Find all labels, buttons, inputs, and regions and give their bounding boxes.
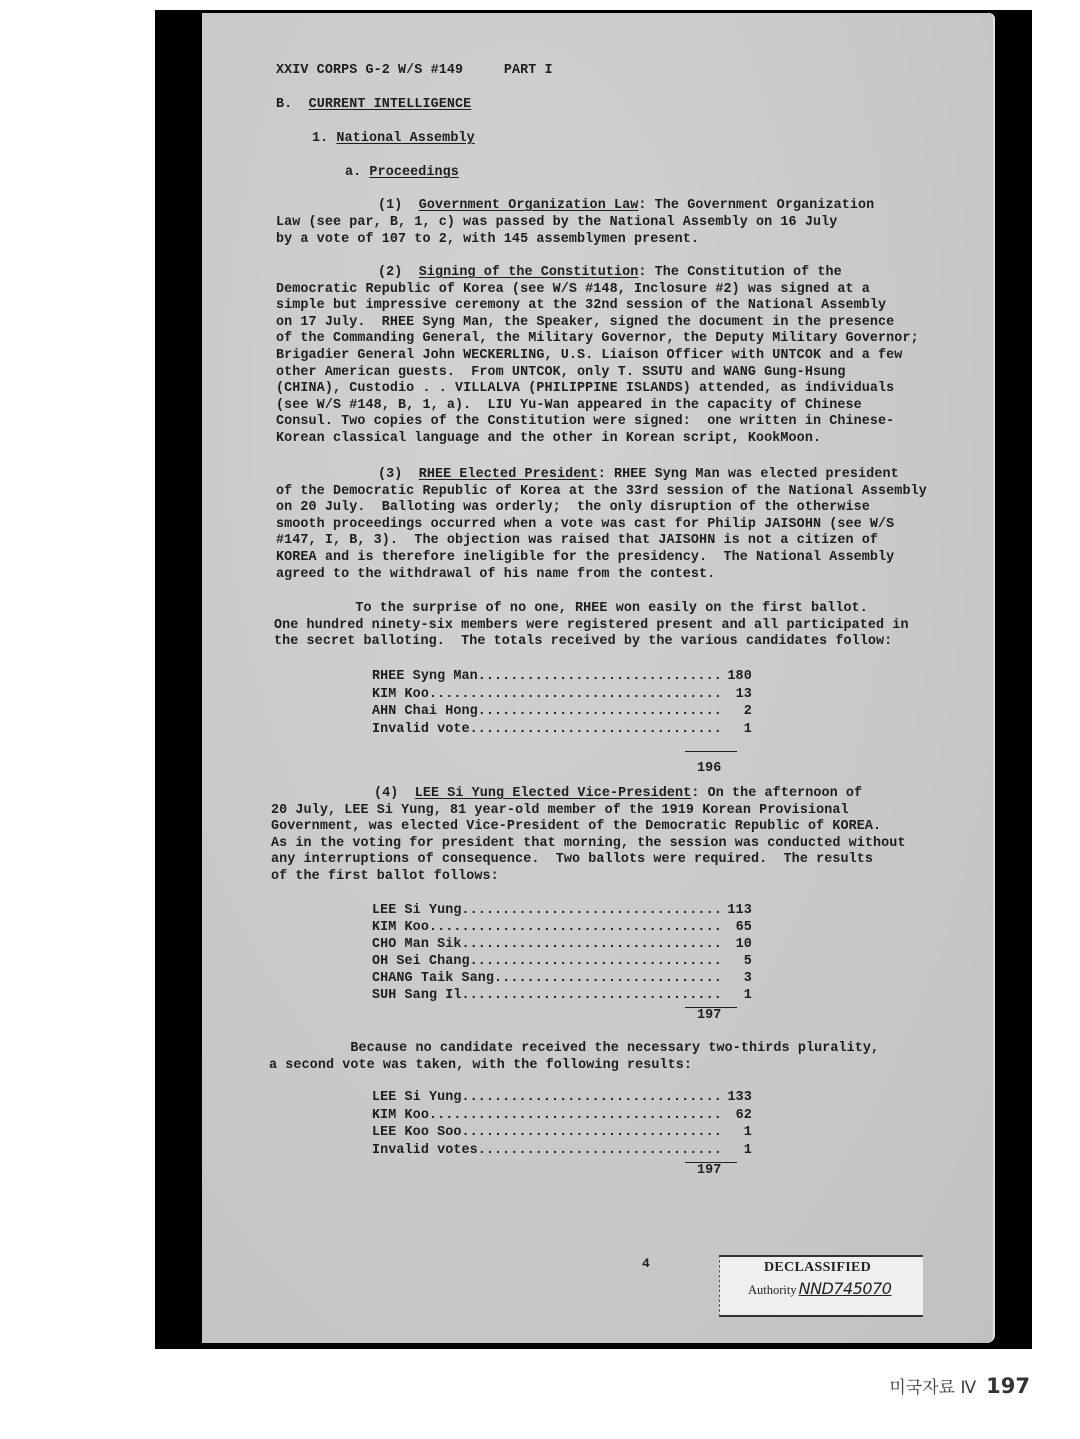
leader-dots: .................................... bbox=[429, 920, 722, 935]
candidate-name: OH Sei Chang bbox=[372, 954, 470, 969]
candidate-name: RHEE Syng Man bbox=[372, 669, 478, 684]
text-line: 20 July, LEE Si Yung, 81 year-old member… bbox=[271, 803, 849, 820]
text-line: any interruptions of consequence. Two ba… bbox=[271, 852, 873, 869]
leader-dots: ................................ bbox=[462, 937, 722, 952]
leader-dots: .............................. bbox=[478, 704, 722, 719]
text-line: smooth proceedings occurred when a vote … bbox=[276, 517, 894, 534]
vote-count: 1 bbox=[722, 1125, 752, 1142]
paragraph-title: Government Organization Law bbox=[419, 198, 639, 213]
text-line: Government, was elected Vice-President o… bbox=[271, 819, 881, 836]
candidate-name: LEE Koo Soo bbox=[372, 1125, 462, 1140]
paragraph-lead: (4) LEE Si Yung Elected Vice-President: … bbox=[374, 786, 862, 803]
book-page-number: 197 bbox=[986, 1374, 1030, 1398]
leader-dots: ............................... bbox=[470, 722, 722, 737]
tally-row: KIM Koo.................................… bbox=[372, 920, 752, 937]
leader-dots: ................................ bbox=[462, 1090, 722, 1105]
tally-row: CHO Man Sik.............................… bbox=[372, 937, 752, 954]
candidate-name: CHO Man Sik bbox=[372, 937, 462, 952]
document-header: XXIV CORPS G-2 W/S #149 PART I bbox=[276, 63, 553, 80]
leader-dots: ............................... bbox=[470, 954, 722, 969]
paragraph-title: Signing of the Constitution bbox=[419, 265, 639, 280]
vote-count: 180 bbox=[722, 669, 752, 686]
leader-dots: ................................ bbox=[462, 1125, 722, 1140]
text-line: on 17 July. RHEE Syng Man, the Speaker, … bbox=[276, 315, 894, 332]
text-line: One hundred ninety-six members were regi… bbox=[274, 618, 909, 635]
vote-count: 1 bbox=[722, 722, 752, 739]
text-line: As in the voting for president that morn… bbox=[271, 836, 906, 853]
candidate-name: Invalid votes bbox=[372, 1143, 478, 1158]
candidate-name: KIM Koo bbox=[372, 1108, 429, 1123]
leader-dots: .................................... bbox=[429, 1108, 722, 1123]
text-line: of the Democratic Republic of Korea at t… bbox=[276, 484, 927, 501]
text-line: #147, I, B, 3). The objection was raised… bbox=[276, 533, 878, 550]
tally-row: CHANG Taik Sang.........................… bbox=[372, 971, 752, 988]
tally-row: LEE Koo Soo.............................… bbox=[372, 1125, 752, 1142]
tally-row: KIM Koo.................................… bbox=[372, 1108, 752, 1125]
text-line: of the Commanding General, the Military … bbox=[276, 331, 919, 348]
leader-dots: .............................. bbox=[478, 1143, 722, 1158]
stamp-title: DECLASSIFIED bbox=[764, 1260, 871, 1276]
leader-dots: ................................ bbox=[462, 903, 722, 918]
vote-count: 1 bbox=[722, 988, 752, 1005]
tally-row: Invalid votes...........................… bbox=[372, 1143, 752, 1160]
total-rule bbox=[685, 751, 737, 752]
paragraph-lead: (2) Signing of the Constitution: The Con… bbox=[378, 265, 842, 282]
leader-dots: .................................... bbox=[429, 687, 722, 702]
vote-count: 5 bbox=[722, 954, 752, 971]
paragraph-title: LEE Si Yung Elected Vice-President bbox=[415, 786, 692, 801]
subsubsection-heading: a. Proceedings bbox=[345, 165, 459, 182]
vote-total: 197 bbox=[697, 1008, 721, 1025]
vote-count: 65 bbox=[722, 920, 752, 937]
vote-count: 13 bbox=[722, 687, 752, 704]
tally-row: Invalid vote............................… bbox=[372, 722, 752, 739]
candidate-name: LEE Si Yung bbox=[372, 1090, 462, 1105]
text-line: (see W/S #148, B, 1, a). LIU Yu-Wan appe… bbox=[276, 398, 862, 415]
tally-row: KIM Koo.................................… bbox=[372, 687, 752, 704]
vote-count: 113 bbox=[722, 903, 752, 920]
text-line: Consul. Two copies of the Constitution w… bbox=[276, 414, 894, 431]
tally-row: OH Sei Chang............................… bbox=[372, 954, 752, 971]
text-line: of the first ballot follows: bbox=[271, 869, 499, 886]
candidate-name: CHANG Taik Sang bbox=[372, 971, 494, 986]
text-line: agreed to the withdrawal of his name fro… bbox=[276, 567, 715, 584]
declassified-stamp: DECLASSIFIED AuthorityNND745070 bbox=[719, 1255, 923, 1317]
text-line: (CHINA), Custodio . . VILLALVA (PHILIPPI… bbox=[276, 381, 894, 398]
text-line: on 20 July. Balloting was orderly; the o… bbox=[276, 500, 870, 517]
vote-total: 197 bbox=[697, 1163, 721, 1180]
leader-dots: .............................. bbox=[478, 669, 722, 684]
tally-row: SUH Sang Il.............................… bbox=[372, 988, 752, 1005]
text-line: Because no candidate received the necess… bbox=[269, 1041, 879, 1058]
candidate-name: Invalid vote bbox=[372, 722, 470, 737]
text-line: a second vote was taken, with the follow… bbox=[269, 1058, 692, 1075]
text-line: simple but impressive ceremony at the 32… bbox=[276, 298, 886, 315]
text-line: Brigadier General John WECKERLING, U.S. … bbox=[276, 348, 902, 365]
vote-count: 62 bbox=[722, 1108, 752, 1125]
subsection-title: National Assembly bbox=[336, 131, 474, 146]
tally-row: RHEE Syng Man...........................… bbox=[372, 669, 752, 686]
vote-total: 196 bbox=[697, 761, 721, 778]
leader-dots: ............................ bbox=[494, 971, 722, 986]
scan-frame: XXIV CORPS G-2 W/S #149 PART I B. CURREN… bbox=[155, 10, 1032, 1349]
tally-row: AHN Chai Hong...........................… bbox=[372, 704, 752, 721]
text-line: KOREA and is therefore ineligible for th… bbox=[276, 550, 894, 567]
part: PART I bbox=[504, 63, 553, 78]
text-line: Korean classical language and the other … bbox=[276, 431, 821, 448]
stamp-authority: AuthorityNND745070 bbox=[748, 1279, 891, 1298]
candidate-name: SUH Sang Il bbox=[372, 988, 462, 1003]
vote-count: 1 bbox=[722, 1143, 752, 1160]
document-body: XXIV CORPS G-2 W/S #149 PART I B. CURREN… bbox=[202, 13, 993, 1343]
book-label: 미국자료 Ⅳ bbox=[889, 1378, 976, 1398]
leader-dots: ................................ bbox=[462, 988, 722, 1003]
vote-count: 2 bbox=[722, 704, 752, 721]
vote-count: 10 bbox=[722, 937, 752, 954]
subsection-heading: 1. National Assembly bbox=[312, 131, 475, 148]
book-footer: 미국자료 Ⅳ197 bbox=[889, 1373, 1030, 1398]
authority-signature: NND745070 bbox=[799, 1279, 892, 1298]
candidate-name: LEE Si Yung bbox=[372, 903, 462, 918]
candidate-name: KIM Koo bbox=[372, 687, 429, 702]
text-line: other American guests. From UNTCOK, only… bbox=[276, 365, 846, 382]
text-line: Democratic Republic of Korea (see W/S #1… bbox=[276, 282, 870, 299]
subsubsection-title: Proceedings bbox=[369, 165, 459, 180]
tally-row: LEE Si Yung.............................… bbox=[372, 903, 752, 920]
reference: XXIV CORPS G-2 W/S #149 bbox=[276, 63, 463, 78]
section-heading: B. CURRENT INTELLIGENCE bbox=[276, 97, 471, 114]
document-page-number: 4 bbox=[642, 1256, 650, 1271]
candidate-name: KIM Koo bbox=[372, 920, 429, 935]
vote-count: 133 bbox=[722, 1090, 752, 1107]
document-page: XXIV CORPS G-2 W/S #149 PART I B. CURREN… bbox=[202, 13, 995, 1343]
text-line: the secret balloting. The totals receive… bbox=[274, 634, 892, 651]
section-title: CURRENT INTELLIGENCE bbox=[309, 97, 472, 112]
vote-count: 3 bbox=[722, 971, 752, 988]
tally-row: LEE Si Yung.............................… bbox=[372, 1090, 752, 1107]
candidate-name: AHN Chai Hong bbox=[372, 704, 478, 719]
paragraph-lead: (3) RHEE Elected President: RHEE Syng Ma… bbox=[378, 467, 899, 484]
text-line: To the surprise of no one, RHEE won easi… bbox=[274, 601, 868, 618]
paragraph-title: RHEE Elected President bbox=[419, 467, 598, 482]
